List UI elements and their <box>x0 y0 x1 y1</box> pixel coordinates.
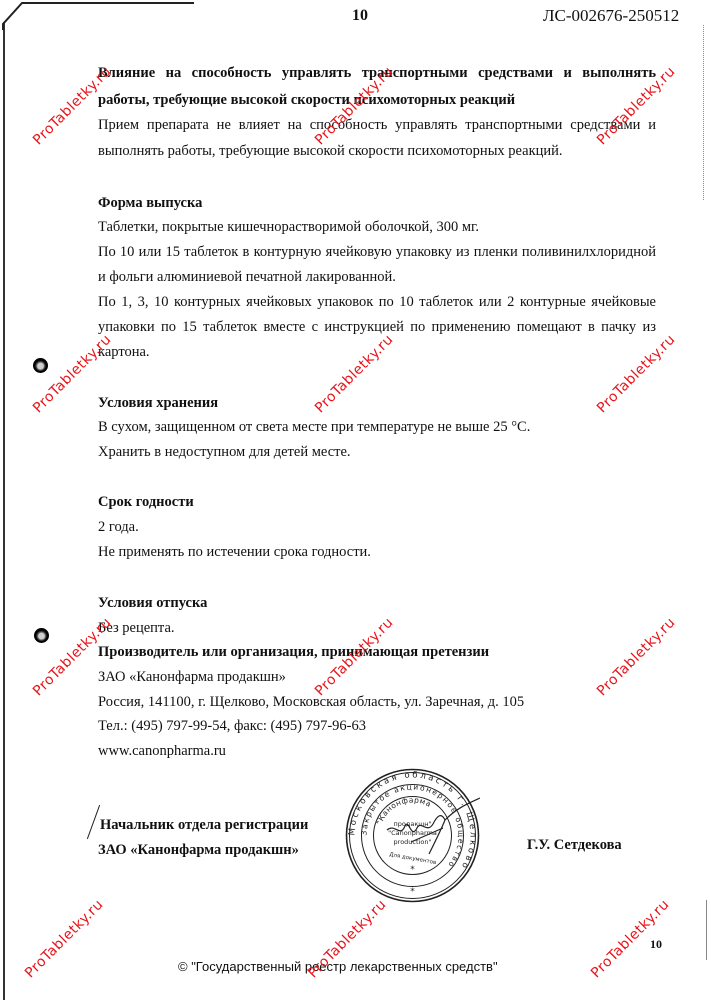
manufacturer-name: ЗАО «Канонфарма продакшн» <box>98 670 286 685</box>
signature-position-line2: ЗАО «Канонфарма продакшн» <box>98 843 299 858</box>
signature-position-line1: Начальник отдела регистрации <box>100 818 308 833</box>
shelf-life-line1: 2 года. <box>98 520 139 535</box>
svg-text:*: * <box>410 865 415 875</box>
header-document-id: ЛС-002676-250512 <box>543 6 679 26</box>
release-form-line5: упаковки по 15 таблеток вместе с инструк… <box>98 320 656 335</box>
header-page-number: 10 <box>352 7 368 25</box>
hole-punch-icon <box>34 628 49 643</box>
signatory-name: Г.У. Сетдекова <box>527 838 622 853</box>
manufacturer-website: www.canonpharma.ru <box>98 744 226 759</box>
scan-border-right-lower <box>706 900 708 960</box>
release-form-line4: По 1, 3, 10 контурных ячейковых упаковок… <box>98 295 656 310</box>
release-form-line2: По 10 или 15 таблеток в контурную ячейко… <box>98 245 656 260</box>
manufacturer-address: Россия, 141100, г. Щелково, Московская о… <box>98 695 524 710</box>
svg-text:*: * <box>410 887 415 897</box>
company-stamp: Московская область г. Щелково Закрытое а… <box>345 768 480 903</box>
svg-text:production": production" <box>394 838 432 846</box>
footer-copyright: © "Государственный реестр лекарственных … <box>178 959 498 974</box>
release-form-line1: Таблетки, покрытые кишечнорастворимой об… <box>98 220 479 235</box>
hole-punch-icon <box>33 358 48 373</box>
driving-body-line1: Прием препарата не влияет на способность… <box>98 118 656 133</box>
manufacturer-phone: Тел.: (495) 797-99-54, факс: (495) 797-9… <box>98 719 366 734</box>
watermark: ProTabletky.ru <box>312 332 397 417</box>
scan-corner-fold <box>0 0 30 30</box>
watermark: ProTabletky.ru <box>22 897 107 982</box>
release-form-line3: и фольги алюминиевой печатной лакированн… <box>98 270 396 285</box>
scan-border-left <box>3 22 5 1000</box>
watermark: ProTabletky.ru <box>594 615 679 700</box>
scan-border-right <box>703 25 705 200</box>
section-title-dispensing: Условия отпуска <box>98 596 207 611</box>
section-title-shelf-life: Срок годности <box>98 495 194 510</box>
signature-stroke <box>87 805 100 839</box>
svg-text:"Canonpharma: "Canonpharma <box>388 829 437 837</box>
shelf-life-line2: Не применять по истечении срока годности… <box>98 545 371 560</box>
document-page: 10 ЛС-002676-250512 Влияние на способнос… <box>0 0 711 1000</box>
scan-border-top <box>24 2 194 4</box>
storage-line1: В сухом, защищенном от света месте при т… <box>98 420 530 435</box>
driving-body-line2: выполнять работы, требующие высокой скор… <box>98 144 563 159</box>
section-title-manufacturer: Производитель или организация, принимающ… <box>98 645 489 660</box>
section-title-driving-line2: работы, требующие высокой скорости психо… <box>98 93 515 108</box>
storage-line2: Хранить в недоступном для детей месте. <box>98 445 351 460</box>
section-title-storage: Условия хранения <box>98 396 218 411</box>
footer-page-number: 10 <box>650 937 662 952</box>
section-title-release-form: Форма выпуска <box>98 196 202 211</box>
watermark: ProTabletky.ru <box>594 332 679 417</box>
